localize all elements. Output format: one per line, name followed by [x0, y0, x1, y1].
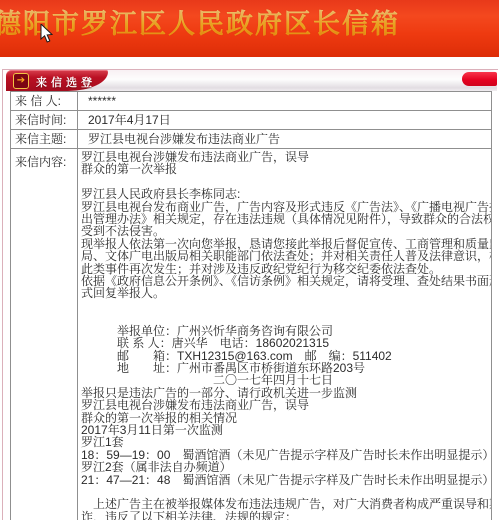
sender-label: 来 信 人: [11, 92, 78, 110]
tab-bar-endcap [462, 72, 497, 86]
table-row-subject: 来信主题: 罗江县电视台涉嫌发布违法商业广告 [11, 130, 491, 149]
time-label: 来信时间: [11, 111, 78, 129]
table-row-time: 来信时间: 2017年4月17日 [11, 111, 491, 130]
content-label: 来信内容: [11, 149, 78, 520]
table-row-content: 来信内容: 罗江县电视台涉嫌发布违法商业广告，误导 群众的第一次举报 罗江县人民… [11, 149, 491, 520]
section-tab-bar: ➔ 来信选登 [6, 70, 497, 91]
arrow-right-icon: ➔ [13, 73, 29, 89]
letter-content-text: 罗江县电视台涉嫌发布违法商业广告，误导 群众的第一次举报 罗江县人民政府县长李栋… [78, 149, 491, 520]
frame-border-left [2, 69, 3, 520]
site-banner: 德阳市罗江区人民政府区长信箱 [0, 0, 499, 57]
page-title: 德阳市罗江区人民政府区长信箱 [0, 2, 499, 41]
subject-label: 来信主题: [11, 130, 78, 148]
table-row-sender: 来 信 人: ****** [11, 92, 491, 111]
mouse-cursor-icon [40, 24, 53, 43]
tab-label: 来信选登 [36, 74, 96, 90]
sender-value: ****** [78, 92, 491, 110]
letter-detail-table: 来 信 人: ****** 来信时间: 2017年4月17日 来信主题: 罗江县… [10, 91, 492, 520]
time-value: 2017年4月17日 [78, 111, 491, 129]
tab-letter-selection[interactable]: ➔ 来信选登 [6, 70, 108, 91]
subject-value: 罗江县电视台涉嫌发布违法商业广告 [78, 130, 491, 148]
